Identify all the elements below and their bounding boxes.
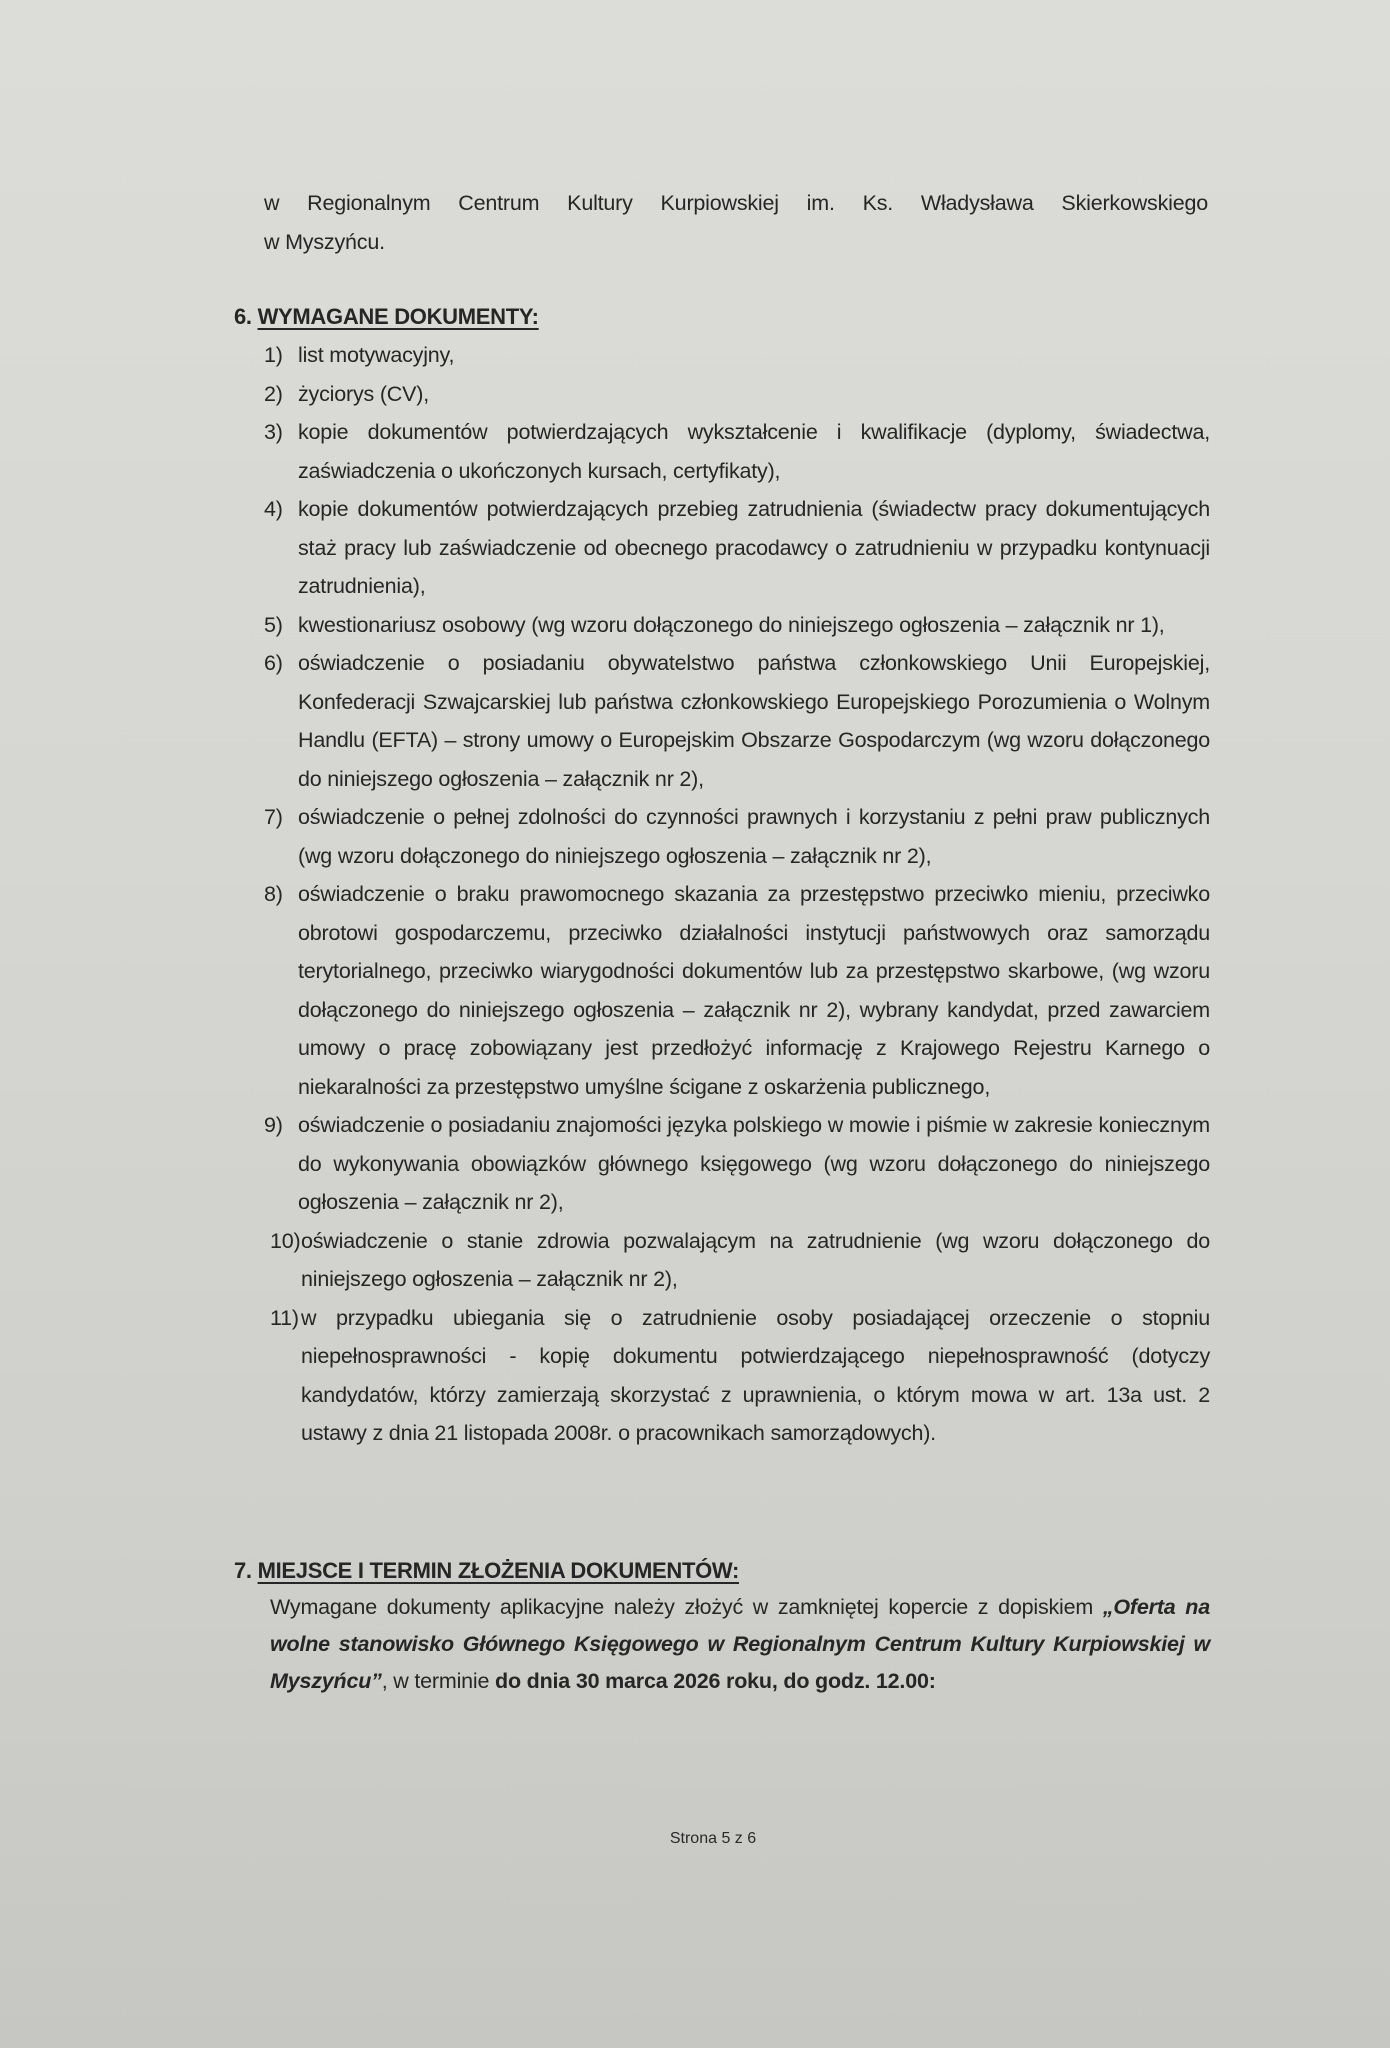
list-item-number: 8) [264, 875, 283, 914]
list-item-number: 1) [264, 336, 283, 375]
intro-line-2: w Myszyńcu. [264, 230, 385, 254]
intro-line-1: w Regionalnym Centrum Kultury Kurpiowski… [264, 184, 1208, 223]
list-item-number: 11) [270, 1299, 299, 1338]
section-7-paragraph: Wymagane dokumenty aplikacyjne należy zł… [270, 1589, 1210, 1700]
list-item: 9) oświadczenie o posiadaniu znajomości … [264, 1106, 1210, 1222]
list-item-text: oświadczenie o posiadaniu znajomości jęz… [298, 1113, 1210, 1214]
list-item: 5) kwestionariusz osobowy (wg wzoru dołą… [264, 606, 1210, 645]
page-number-footer: Strona 5 z 6 [0, 1830, 1390, 1848]
section-6-number: 6. [234, 304, 252, 329]
section-7-heading: 7. MIEJSCE I TERMIN ZŁOŻENIA DOKUMENTÓW: [234, 1552, 739, 1590]
section-7-body-middle: , w terminie [382, 1669, 495, 1693]
list-item-number: 3) [264, 413, 283, 452]
list-item-number: 7) [264, 798, 283, 837]
document-page: w Regionalnym Centrum Kultury Kurpiowski… [0, 0, 1390, 2048]
list-item-text: życiorys (CV), [298, 382, 429, 406]
list-item: 1) list motywacyjny, [264, 336, 1210, 375]
list-item-text: w przypadku ubiegania się o zatrudnienie… [301, 1299, 1210, 1453]
list-item: 11) w przypadku ubiegania się o zatrudni… [264, 1299, 1210, 1453]
list-item-text: kopie dokumentów potwierdzających przebi… [298, 497, 1210, 598]
list-item-text: oświadczenie o posiadaniu obywatelstwo p… [298, 651, 1210, 791]
section-7-title: MIEJSCE I TERMIN ZŁOŻENIA DOKUMENTÓW: [258, 1558, 739, 1583]
section-7-number: 7. [234, 1558, 252, 1583]
intro-paragraph: w Regionalnym Centrum Kultury Kurpiowski… [264, 184, 1208, 261]
list-item-text: oświadczenie o stanie zdrowia pozwalając… [301, 1222, 1210, 1299]
list-item-number: 6) [264, 644, 283, 683]
list-item: 10) oświadczenie o stanie zdrowia pozwal… [264, 1222, 1210, 1299]
list-item-text: list motywacyjny, [298, 343, 454, 367]
list-item-number: 4) [264, 490, 283, 529]
list-item-text: kopie dokumentów potwierdzających wykszt… [298, 420, 1210, 483]
list-item: 8) oświadczenie o braku prawomocnego ska… [264, 875, 1210, 1106]
list-item-text: kwestionariusz osobowy (wg wzoru dołączo… [298, 613, 1165, 637]
list-item-number: 10) [270, 1222, 300, 1261]
section-7-body-prefix: Wymagane dokumenty aplikacyjne należy zł… [270, 1595, 1103, 1619]
list-item: 3) kopie dokumentów potwierdzających wyk… [264, 413, 1210, 490]
section-6-heading: 6. WYMAGANE DOKUMENTY: [234, 298, 539, 336]
submission-deadline: do dnia 30 marca 2026 roku, do godz. 12.… [495, 1669, 936, 1693]
list-item-text: oświadczenie o pełnej zdolności do czynn… [298, 805, 1210, 868]
required-documents-list: 1) list motywacyjny, 2) życiorys (CV), 3… [264, 336, 1210, 1453]
list-item: 2) życiorys (CV), [264, 375, 1210, 414]
list-item: 7) oświadczenie o pełnej zdolności do cz… [264, 798, 1210, 875]
list-item-number: 5) [264, 606, 283, 645]
list-item: 6) oświadczenie o posiadaniu obywatelstw… [264, 644, 1210, 798]
list-item: 4) kopie dokumentów potwierdzających prz… [264, 490, 1210, 606]
list-item-text: oświadczenie o braku prawomocnego skazan… [298, 882, 1210, 1099]
list-item-number: 2) [264, 375, 283, 414]
list-item-number: 9) [264, 1106, 283, 1145]
section-6-title: WYMAGANE DOKUMENTY: [258, 304, 539, 329]
